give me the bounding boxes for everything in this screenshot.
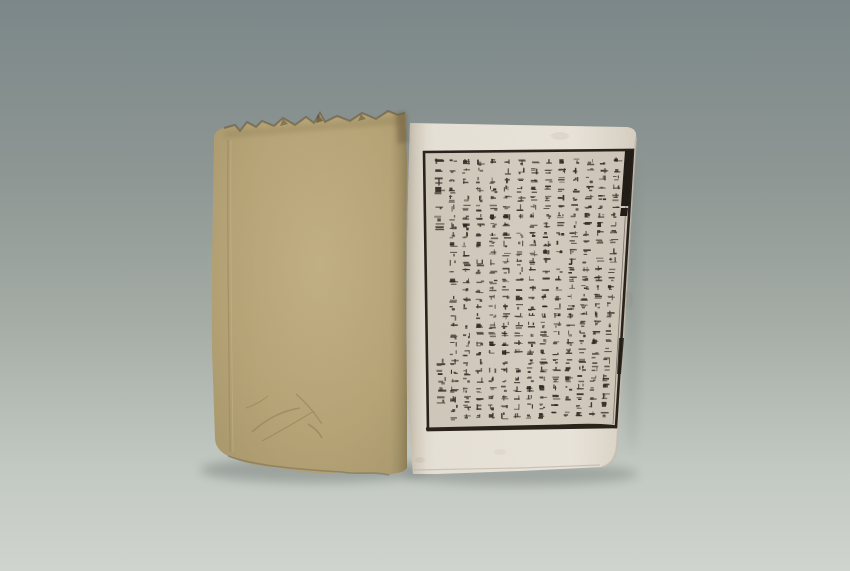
paper-grain-overlay (205, 105, 650, 485)
photo (0, 0, 850, 571)
book (200, 105, 650, 485)
book-photo-svg (0, 0, 850, 571)
